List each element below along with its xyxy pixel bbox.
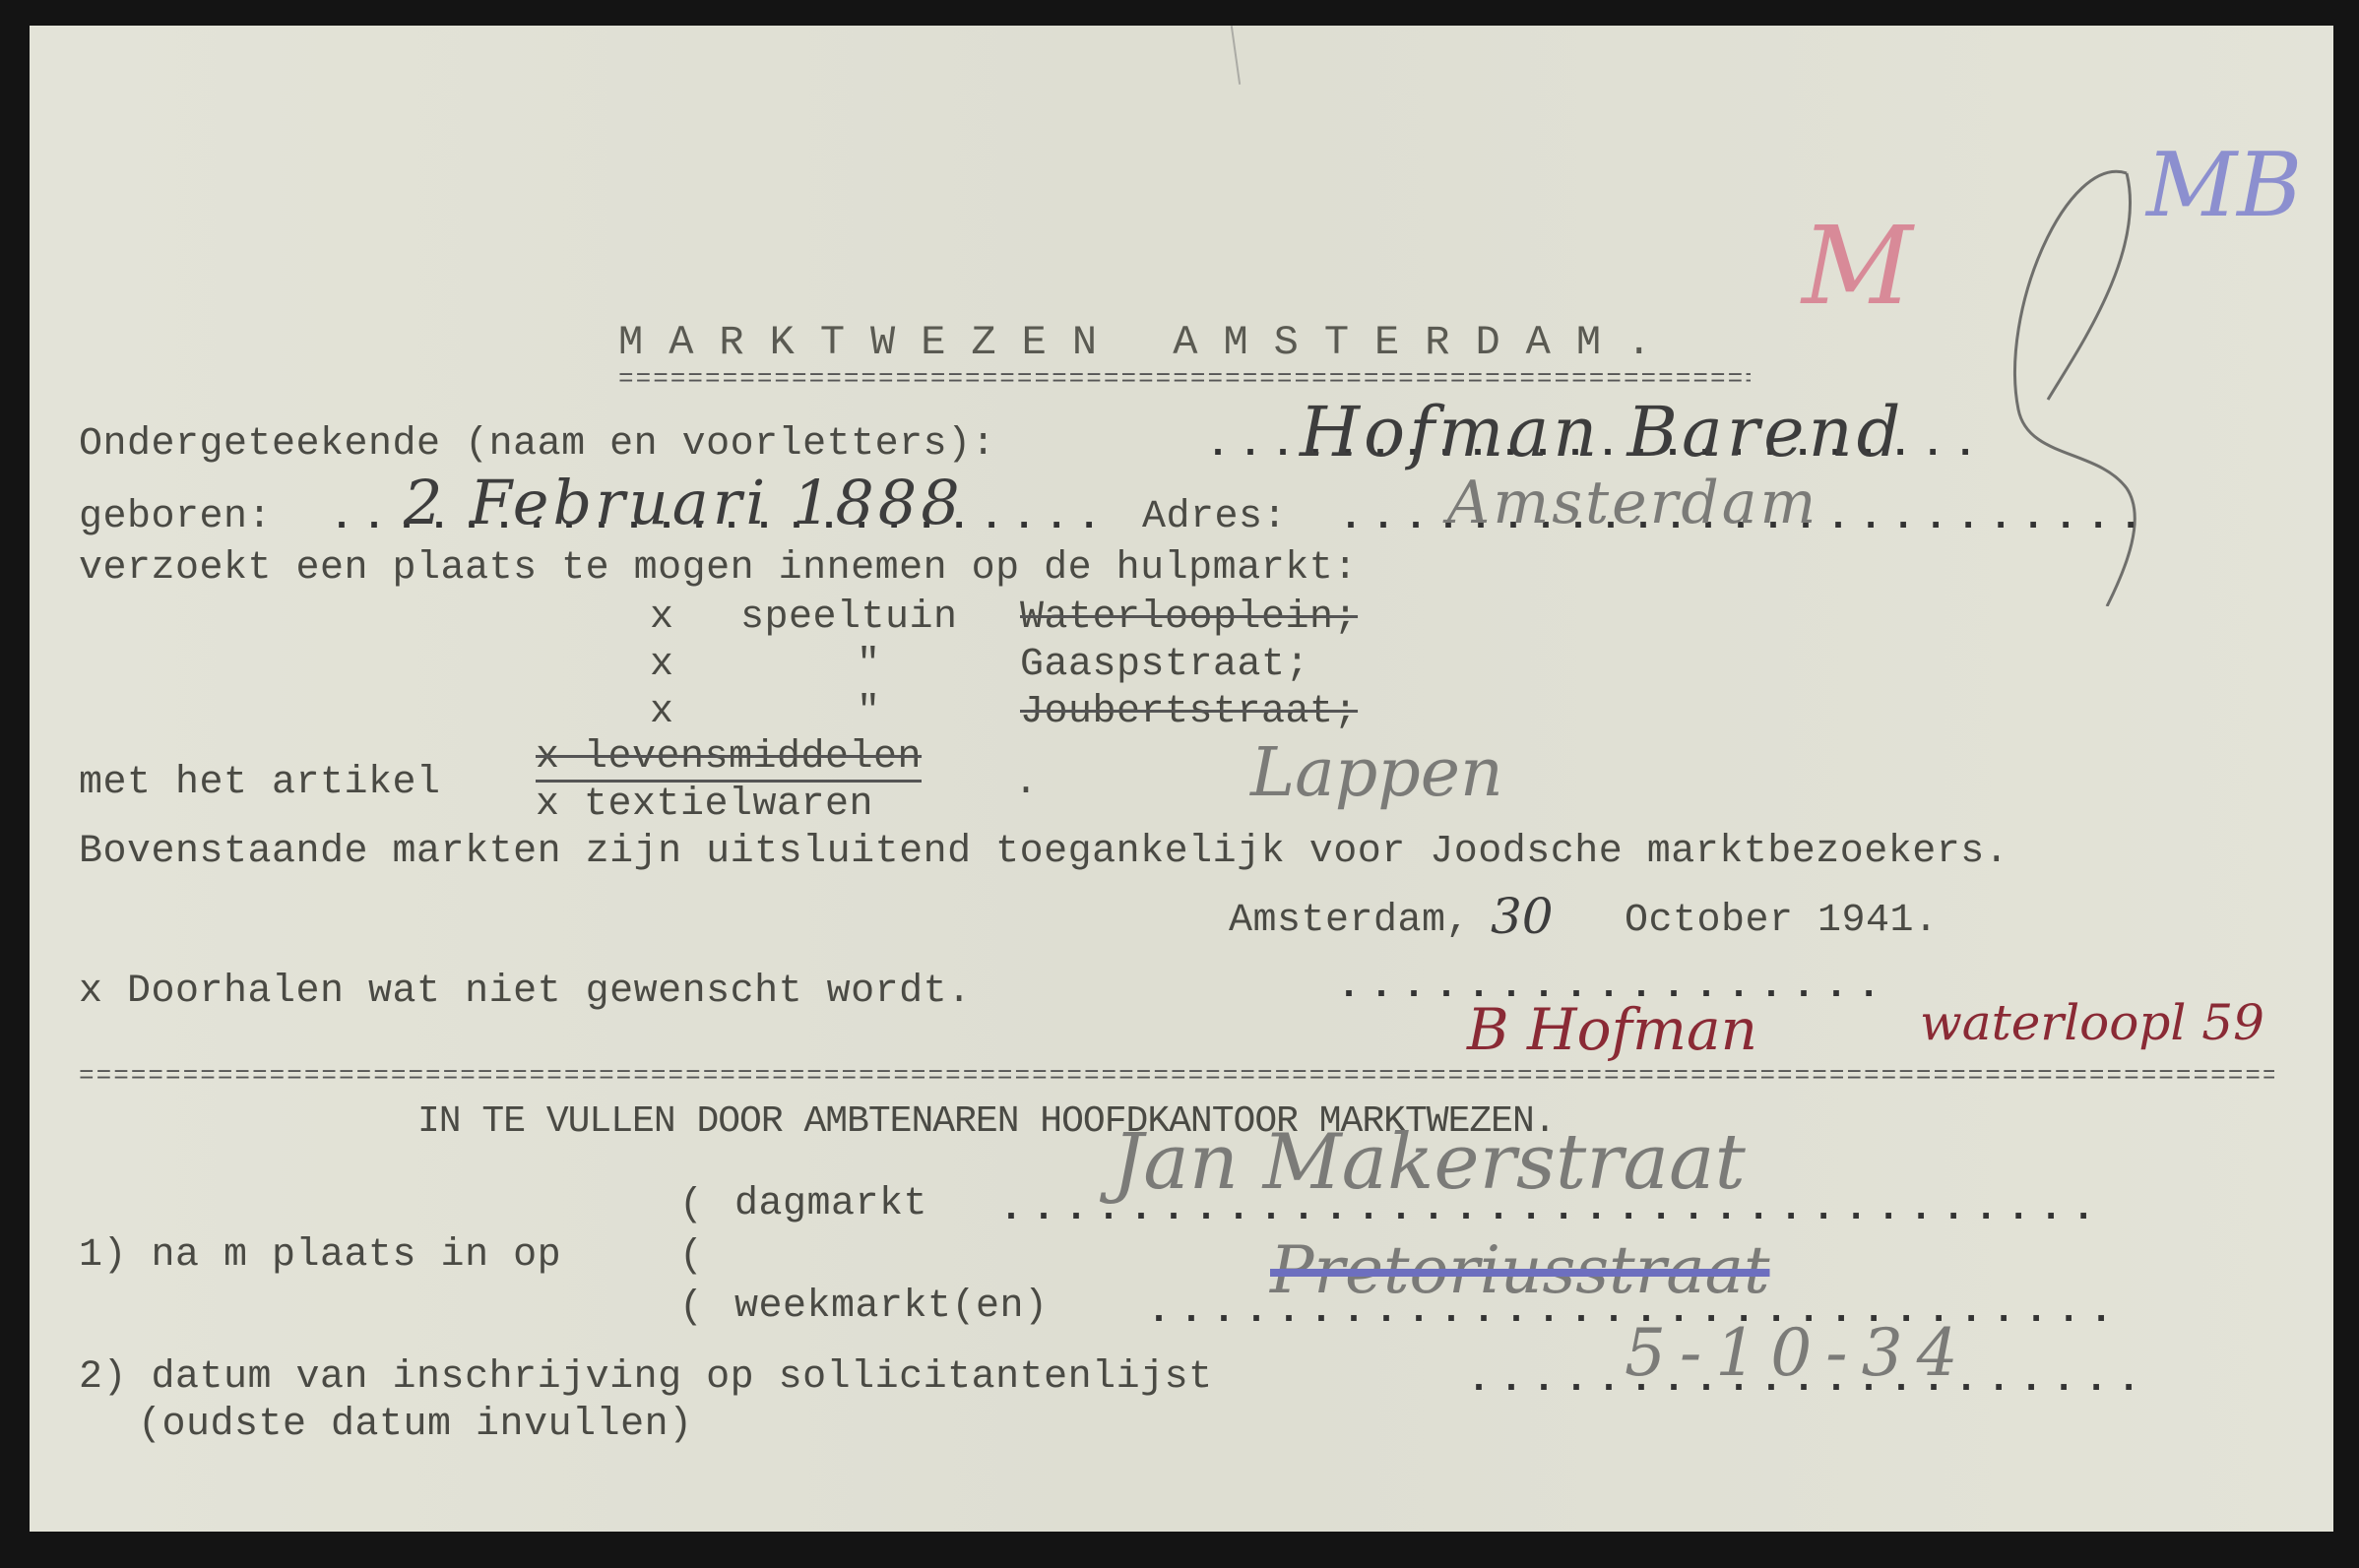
article-option-levensmiddelen[interactable]: x levensmiddelen bbox=[536, 736, 922, 783]
address-value[interactable]: Amsterdam bbox=[1447, 469, 1818, 537]
market-option-type: " bbox=[857, 644, 881, 687]
name-value[interactable]: Hofman Barend bbox=[1300, 392, 1905, 472]
market-option-joubertstraat[interactable]: Joubertstraat; bbox=[1020, 691, 1358, 734]
market-option-gaaspstraat[interactable]: Gaaspstraat; bbox=[1020, 644, 1309, 687]
birth-value[interactable]: 2 Februari 1888 bbox=[404, 467, 964, 538]
market-option-type: " bbox=[857, 691, 881, 734]
article-handwritten[interactable]: Lappen bbox=[1250, 734, 1503, 812]
market-option-waterlooplein[interactable]: Waterlooplein; bbox=[1020, 596, 1358, 640]
date-day[interactable]: 30 bbox=[1491, 888, 1554, 945]
left-bracket: ( bbox=[679, 1234, 703, 1279]
market-option-mark: x bbox=[650, 596, 674, 640]
notice-text: Bovenstaande markten zijn uitsluitend to… bbox=[79, 831, 2008, 874]
signature[interactable]: B Hofman bbox=[1467, 996, 1757, 1063]
article-label: met het artikel bbox=[79, 762, 441, 805]
request-intro: verzoekt een plaats te mogen innemen op … bbox=[79, 547, 1358, 591]
article-option-textielwaren[interactable]: x textielwaren bbox=[536, 784, 873, 827]
weekmarkt-value[interactable]: Pretoriusstraat bbox=[1270, 1232, 1769, 1308]
item2-label: 2) datum van inschrijving op sollicitant… bbox=[79, 1356, 1213, 1400]
name-label: Ondergeteekende (naam en voorletters): bbox=[79, 423, 995, 467]
title-underline: ========================================… bbox=[618, 364, 1751, 394]
address-label: Adres: bbox=[1142, 496, 1287, 539]
article-period: . bbox=[1014, 762, 1039, 805]
dagmarkt-dots: .................................. bbox=[999, 1187, 2104, 1231]
left-bracket: ( bbox=[679, 1286, 703, 1330]
blue-initials: MB bbox=[2146, 134, 2302, 237]
strike-instructions: x Doorhalen wat niet gewenscht wordt. bbox=[79, 971, 972, 1014]
left-bracket: ( bbox=[679, 1183, 703, 1227]
date-place: Amsterdam, bbox=[1229, 900, 1470, 943]
date-month-year: October 1941. bbox=[1625, 900, 1939, 943]
item2-note: (oudste datum invullen) bbox=[138, 1404, 693, 1447]
signature-address[interactable]: waterloopl 59 bbox=[1920, 994, 2264, 1051]
document-card: M MB MARKTWEZEN AMSTERDAM. =============… bbox=[30, 26, 2333, 1532]
section-divider: ========================================… bbox=[79, 1061, 2274, 1091]
item2-value[interactable]: 5-10-34 bbox=[1625, 1315, 1972, 1391]
red-initials: M bbox=[1802, 203, 1913, 329]
weekmarkt-label: weekmarkt(en) bbox=[734, 1286, 1049, 1329]
paper-crease bbox=[1231, 26, 1241, 85]
market-option-mark: x bbox=[650, 691, 674, 734]
market-option-mark: x bbox=[650, 644, 674, 687]
item1-label: 1) na m plaats in op bbox=[79, 1234, 561, 1278]
birth-label: geboren: bbox=[79, 496, 272, 539]
page-title: MARKTWEZEN AMSTERDAM. bbox=[618, 321, 1677, 364]
market-option-type: speeltuin bbox=[740, 596, 958, 640]
dagmarkt-label: dagmarkt bbox=[734, 1183, 927, 1226]
